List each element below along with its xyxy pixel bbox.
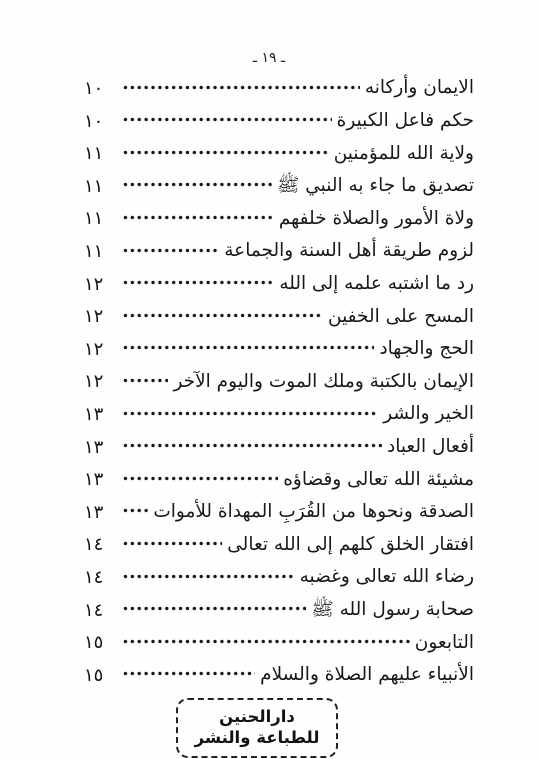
dotted-leader xyxy=(122,670,255,677)
toc-entry-page-number: ١٢ xyxy=(84,339,116,361)
toc-entry-title: افتقار الخلق كلهم إلى الله تعالى xyxy=(227,533,474,556)
dotted-leader xyxy=(122,279,274,286)
toc-entry: التابعون ١٥ xyxy=(84,626,474,659)
toc-entry: ولاة الأمور والصلاة خلفهم ١١ xyxy=(84,202,474,235)
dotted-leader xyxy=(122,442,382,449)
toc-entry-page-number: ١٢ xyxy=(84,371,116,393)
toc-entry-title: لزوم طريقة أهل السنة والجماعة xyxy=(224,239,474,262)
toc-entry-title: أفعال العباد xyxy=(387,435,474,458)
dotted-leader xyxy=(122,116,332,123)
toc-entry-title: رد ما اشتبه علمه إلى الله xyxy=(279,272,474,295)
toc-entry: أفعال العباد ١٣ xyxy=(84,431,474,464)
toc-entry-title: ولاة الأمور والصلاة خلفهم xyxy=(279,207,474,230)
toc-entry-title: الخير والشر xyxy=(383,402,474,425)
toc-entry: حكم فاعل الكبيرة ١٠ xyxy=(84,105,474,138)
dotted-leader xyxy=(122,540,222,547)
toc-entry-title: حكم فاعل الكبيرة xyxy=(337,109,474,132)
toc-entry-page-number: ١١ xyxy=(84,176,116,198)
toc-entry-page-number: ١٣ xyxy=(84,437,116,459)
folio-page-number: ـ ١٩ ـ xyxy=(0,50,538,72)
toc-entry-page-number: ١٢ xyxy=(84,306,116,328)
toc-entry-page-number: ١٠ xyxy=(84,78,116,100)
toc-entry-page-number: ١٠ xyxy=(84,111,116,133)
dotted-leader xyxy=(122,605,306,612)
toc-entry: المسح على الخفين ١٢ xyxy=(84,300,474,333)
toc-entry-title: المسح على الخفين xyxy=(328,305,474,328)
toc-entry-page-number: ١١ xyxy=(84,241,116,263)
toc-entry-title: الحج والجهاد xyxy=(379,337,474,360)
dotted-leader xyxy=(122,312,323,319)
toc-entry-title: التابعون xyxy=(415,631,474,654)
toc-entry: رضاء الله تعالى وغضبه ١٤ xyxy=(84,561,474,594)
dotted-leader xyxy=(122,247,219,254)
toc-entry: ولاية الله للمؤمنين ١١ xyxy=(84,137,474,170)
toc-entry-page-number: ١٤ xyxy=(84,600,116,622)
toc-entry-page-number: ١٣ xyxy=(84,404,116,426)
toc-entry-page-number: ١٢ xyxy=(84,274,116,296)
toc-entry-page-number: ١٤ xyxy=(84,567,116,589)
toc-entry: الأنبياء عليهم الصلاة والسلام ١٥ xyxy=(84,659,474,692)
toc-entry: مشيئة الله تعالى وقضاؤه ١٣ xyxy=(84,463,474,496)
toc-entry: الإيمان بالكتبة وملك الموت واليوم الآخر … xyxy=(84,365,474,398)
toc-entry: صحابة رسول الله ﷺ ١٤ xyxy=(84,594,474,627)
toc-entry-page-number: ١٣ xyxy=(84,502,116,524)
dotted-leader xyxy=(122,84,360,91)
toc-entry-title: صحابة رسول الله ﷺ xyxy=(311,598,474,621)
dotted-leader xyxy=(122,149,329,156)
toc-entry-title: الايمان وأركانه xyxy=(365,76,474,99)
toc-entry-page-number: ١١ xyxy=(84,208,116,230)
toc-entry: الخير والشر ١٣ xyxy=(84,398,474,431)
toc-entry-title: ولاية الله للمؤمنين xyxy=(334,142,474,165)
dotted-leader xyxy=(122,410,378,417)
publisher-stamp: دارالحنين للطباعة والنشر xyxy=(176,698,338,757)
toc-entry-page-number: ١٣ xyxy=(84,469,116,491)
dotted-leader xyxy=(122,181,272,188)
publisher-stamp-label: دارالحنين للطباعة والنشر xyxy=(195,707,320,747)
toc-entry-title: الأنبياء عليهم الصلاة والسلام xyxy=(260,663,474,686)
toc-entry-title: رضاء الله تعالى وغضبه xyxy=(300,565,474,588)
toc-entry-page-number: ١٥ xyxy=(84,632,116,654)
toc-entry: الصدقة ونحوها من القُرَبِ المهداة للأموا… xyxy=(84,496,474,529)
toc-entry: رد ما اشتبه علمه إلى الله ١٢ xyxy=(84,268,474,301)
dotted-leader xyxy=(122,475,278,482)
toc-entry-title: الصدقة ونحوها من القُرَبِ المهداة للأموا… xyxy=(153,500,474,523)
toc-entry-page-number: ١١ xyxy=(84,143,116,165)
toc-entry: الايمان وأركانه ١٠ xyxy=(84,72,474,105)
dotted-leader xyxy=(122,638,410,645)
toc-list: الايمان وأركانه ١٠ حكم فاعل الكبيرة ١٠ و… xyxy=(0,72,538,691)
toc-entry-title: الإيمان بالكتبة وملك الموت واليوم الآخر xyxy=(173,370,474,393)
dotted-leader xyxy=(122,344,374,351)
toc-entry: الحج والجهاد ١٢ xyxy=(84,333,474,366)
dotted-leader xyxy=(122,573,295,580)
toc-entry-title: تصديق ما جاء به النبي ﷺ xyxy=(277,174,474,197)
dotted-leader xyxy=(122,214,274,221)
toc-entry: افتقار الخلق كلهم إلى الله تعالى ١٤ xyxy=(84,528,474,561)
book-page: ـ ١٩ ـ الايمان وأركانه ١٠ حكم فاعل الكبي… xyxy=(0,0,538,759)
toc-entry: تصديق ما جاء به النبي ﷺ ١١ xyxy=(84,170,474,203)
toc-entry-page-number: ١٥ xyxy=(84,665,116,687)
toc-entry-page-number: ١٤ xyxy=(84,534,116,556)
dotted-leader xyxy=(122,377,168,384)
toc-entry: لزوم طريقة أهل السنة والجماعة ١١ xyxy=(84,235,474,268)
toc-entry-title: مشيئة الله تعالى وقضاؤه xyxy=(283,468,474,491)
dotted-leader xyxy=(122,507,148,514)
